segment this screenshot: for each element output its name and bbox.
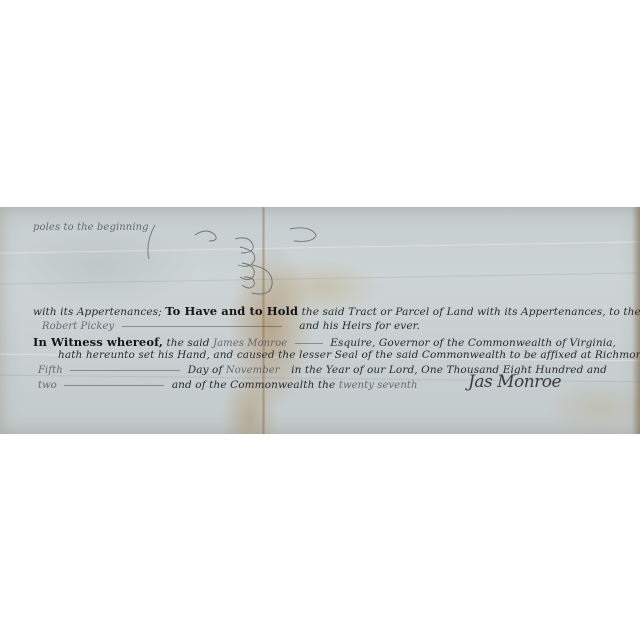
text-line-7: two and of the Commonwealth the twenty s… bbox=[38, 379, 418, 391]
text-line-3: Robert Pickey and his Heirs for ever. bbox=[42, 320, 420, 332]
paper-edge bbox=[632, 207, 640, 434]
text-seal-clause: hath hereunto set his Hand, and caused t… bbox=[58, 349, 640, 361]
text-of-the-commonwealth: and of the Commonwealth the bbox=[172, 379, 336, 391]
text-line-2: with its Appertenances; To Have and to H… bbox=[33, 304, 640, 318]
text-the-said: the said bbox=[166, 337, 209, 349]
text-in-witness-whereof: In Witness whereof, bbox=[33, 335, 163, 349]
ink-flourish bbox=[140, 219, 320, 304]
land-grant-document: poles to the beginning with its Apperten… bbox=[0, 207, 640, 434]
text-poles-to-beginning: poles to the beginning bbox=[33, 222, 149, 233]
paper-crease bbox=[0, 241, 640, 284]
text-appertenances: with its Appertenances; bbox=[33, 306, 162, 318]
filler-line bbox=[70, 370, 180, 371]
filler-line bbox=[122, 326, 282, 327]
year-handwritten: two bbox=[38, 380, 57, 391]
commonwealth-year-handwritten: twenty seventh bbox=[339, 380, 418, 391]
filler-line bbox=[64, 385, 164, 386]
filler-line bbox=[295, 343, 323, 344]
text-tract-clause: the said Tract or Parcel of Land with it… bbox=[302, 306, 640, 318]
text-line-5: hath hereunto set his Hand, and caused t… bbox=[58, 349, 640, 361]
governor-name-handwritten: James Monroe bbox=[213, 338, 287, 349]
grantee-name: Robert Pickey bbox=[42, 321, 114, 332]
month-handwritten: November bbox=[226, 365, 280, 376]
governor-signature: Jas Monroe bbox=[468, 372, 561, 392]
day-handwritten: Fifth bbox=[38, 365, 63, 376]
text-to-have-and-to-hold: To Have and to Hold bbox=[165, 304, 298, 318]
text-line-1: poles to the beginning bbox=[33, 222, 149, 233]
text-governor-title: Esquire, Governor of the Commonwealth of… bbox=[330, 337, 616, 349]
text-day-of: Day of bbox=[188, 364, 223, 376]
text-line-4: In Witness whereof, the said James Monro… bbox=[33, 335, 616, 349]
text-heirs-for-ever: and his Heirs for ever. bbox=[299, 320, 420, 332]
page: poles to the beginning with its Apperten… bbox=[0, 0, 640, 640]
